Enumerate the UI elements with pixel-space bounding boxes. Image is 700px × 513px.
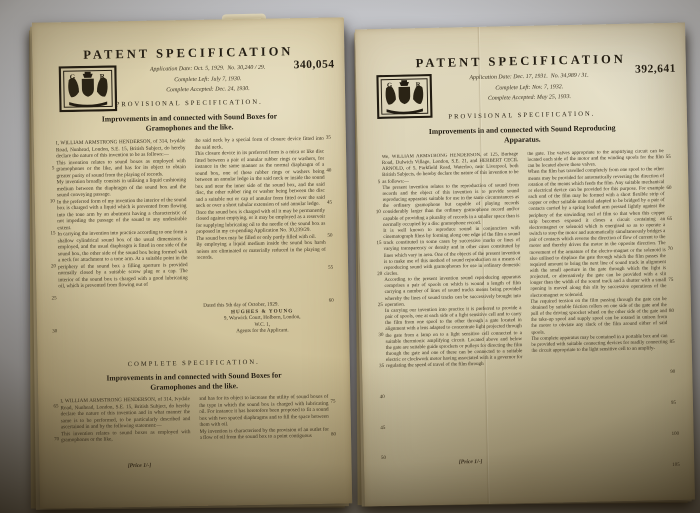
left-doc-prov-col-a: 51015202530 I, WILLIAM ARMSTRONG HENDERS… xyxy=(56,138,189,356)
right-doc-col-a: 5101520253035404550 We, WILLIAM ARMSTRON… xyxy=(382,152,525,455)
left-doc-agent-role: Agents for the Applicant. xyxy=(198,327,328,336)
left-doc-comp-col-b-text: and has for its object to increase the u… xyxy=(199,394,330,458)
left-doc-prov-col-b: 354045505560 the said neck by a special … xyxy=(194,136,327,354)
left-doc-meta: Application Date: Oct. 5, 1929. No. 30,2… xyxy=(119,62,298,97)
left-doc-comp-col-b: 7580 and has for its object to increase … xyxy=(199,394,330,458)
left-doc-complete-heading: COMPLETE SPECIFICATION. xyxy=(38,357,350,369)
left-doc-dated-block: Dated this 5th day of October, 1929. HUG… xyxy=(197,301,327,336)
patent-document-392641: G R PATENT SPECIFICATION Application Dat… xyxy=(355,23,695,507)
left-doc-comp-col-b-linenumbers: 7580 xyxy=(330,393,340,455)
right-doc-application-date: Application Date: Dec. 17, 1931. xyxy=(469,73,547,81)
right-doc-provisional-title: Improvements in and connected with Sound… xyxy=(381,122,663,147)
photo-of-patent-documents: G R PATENT SPECIFICATION Application Dat… xyxy=(0,0,700,513)
left-doc-patent-number: 340,054 xyxy=(294,58,335,71)
right-doc-meta: Application Date: Dec. 17, 1931. No. 34,… xyxy=(440,70,619,105)
left-doc-comp-col-a-text: I, WILLIAM ARMSTRONG HENDERSON, of 314, … xyxy=(60,396,191,460)
left-doc-application-no: No. 30,240 / 29. xyxy=(227,65,265,72)
left-doc-provisional-title: Improvements in and connected with Sound… xyxy=(57,111,321,135)
left-doc-complete-columns: 6570 I, WILLIAM ARMSTRONG HENDERSON, of … xyxy=(60,394,329,461)
left-doc-prov-col-a-text: I, WILLIAM ARMSTRONG HENDERSON, of 314, … xyxy=(56,138,189,356)
right-doc-col-b: 556065707580859095100105 the gate. The v… xyxy=(527,149,670,452)
left-doc-application-date: Application Date: Oct. 5, 1929. xyxy=(150,65,225,72)
left-doc-complete-title: Improvements in and connected with Sound… xyxy=(62,370,326,394)
left-doc-prov-col-b-linenumbers: 354045505560 xyxy=(326,135,339,351)
right-doc-application-no: No. 34,989 / 31. xyxy=(551,73,589,80)
left-doc-complete-accepted: Complete Accepted: Dec. 24, 1930. xyxy=(119,83,297,97)
left-doc-comp-col-a-linenumbers: 6570 xyxy=(49,398,59,460)
left-doc-price: [Price 1/-] xyxy=(61,462,217,471)
royal-coat-of-arms-icon: G R xyxy=(376,74,433,119)
right-doc-col-a-text: We, WILLIAM ARMSTRONG HENDERSON, of 125,… xyxy=(382,152,525,455)
left-doc-prov-col-b-text: the said neck by a special form of closu… xyxy=(194,136,326,301)
right-doc-col-b-text: the gate. The valves appropriate to the … xyxy=(527,149,670,452)
left-doc-comp-col-a: 6570 I, WILLIAM ARMSTRONG HENDERSON, of … xyxy=(60,396,191,460)
right-doc-price: [Price 1/-] xyxy=(388,457,553,466)
left-doc-provisional-columns: 51015202530 I, WILLIAM ARMSTRONG HENDERS… xyxy=(56,136,328,357)
right-doc-patent-number: 392,641 xyxy=(635,63,676,76)
patent-document-340054: G R PATENT SPECIFICATION Application Dat… xyxy=(32,17,352,508)
right-doc-columns: 5101520253035404550 We, WILLIAM ARMSTRON… xyxy=(382,149,670,455)
